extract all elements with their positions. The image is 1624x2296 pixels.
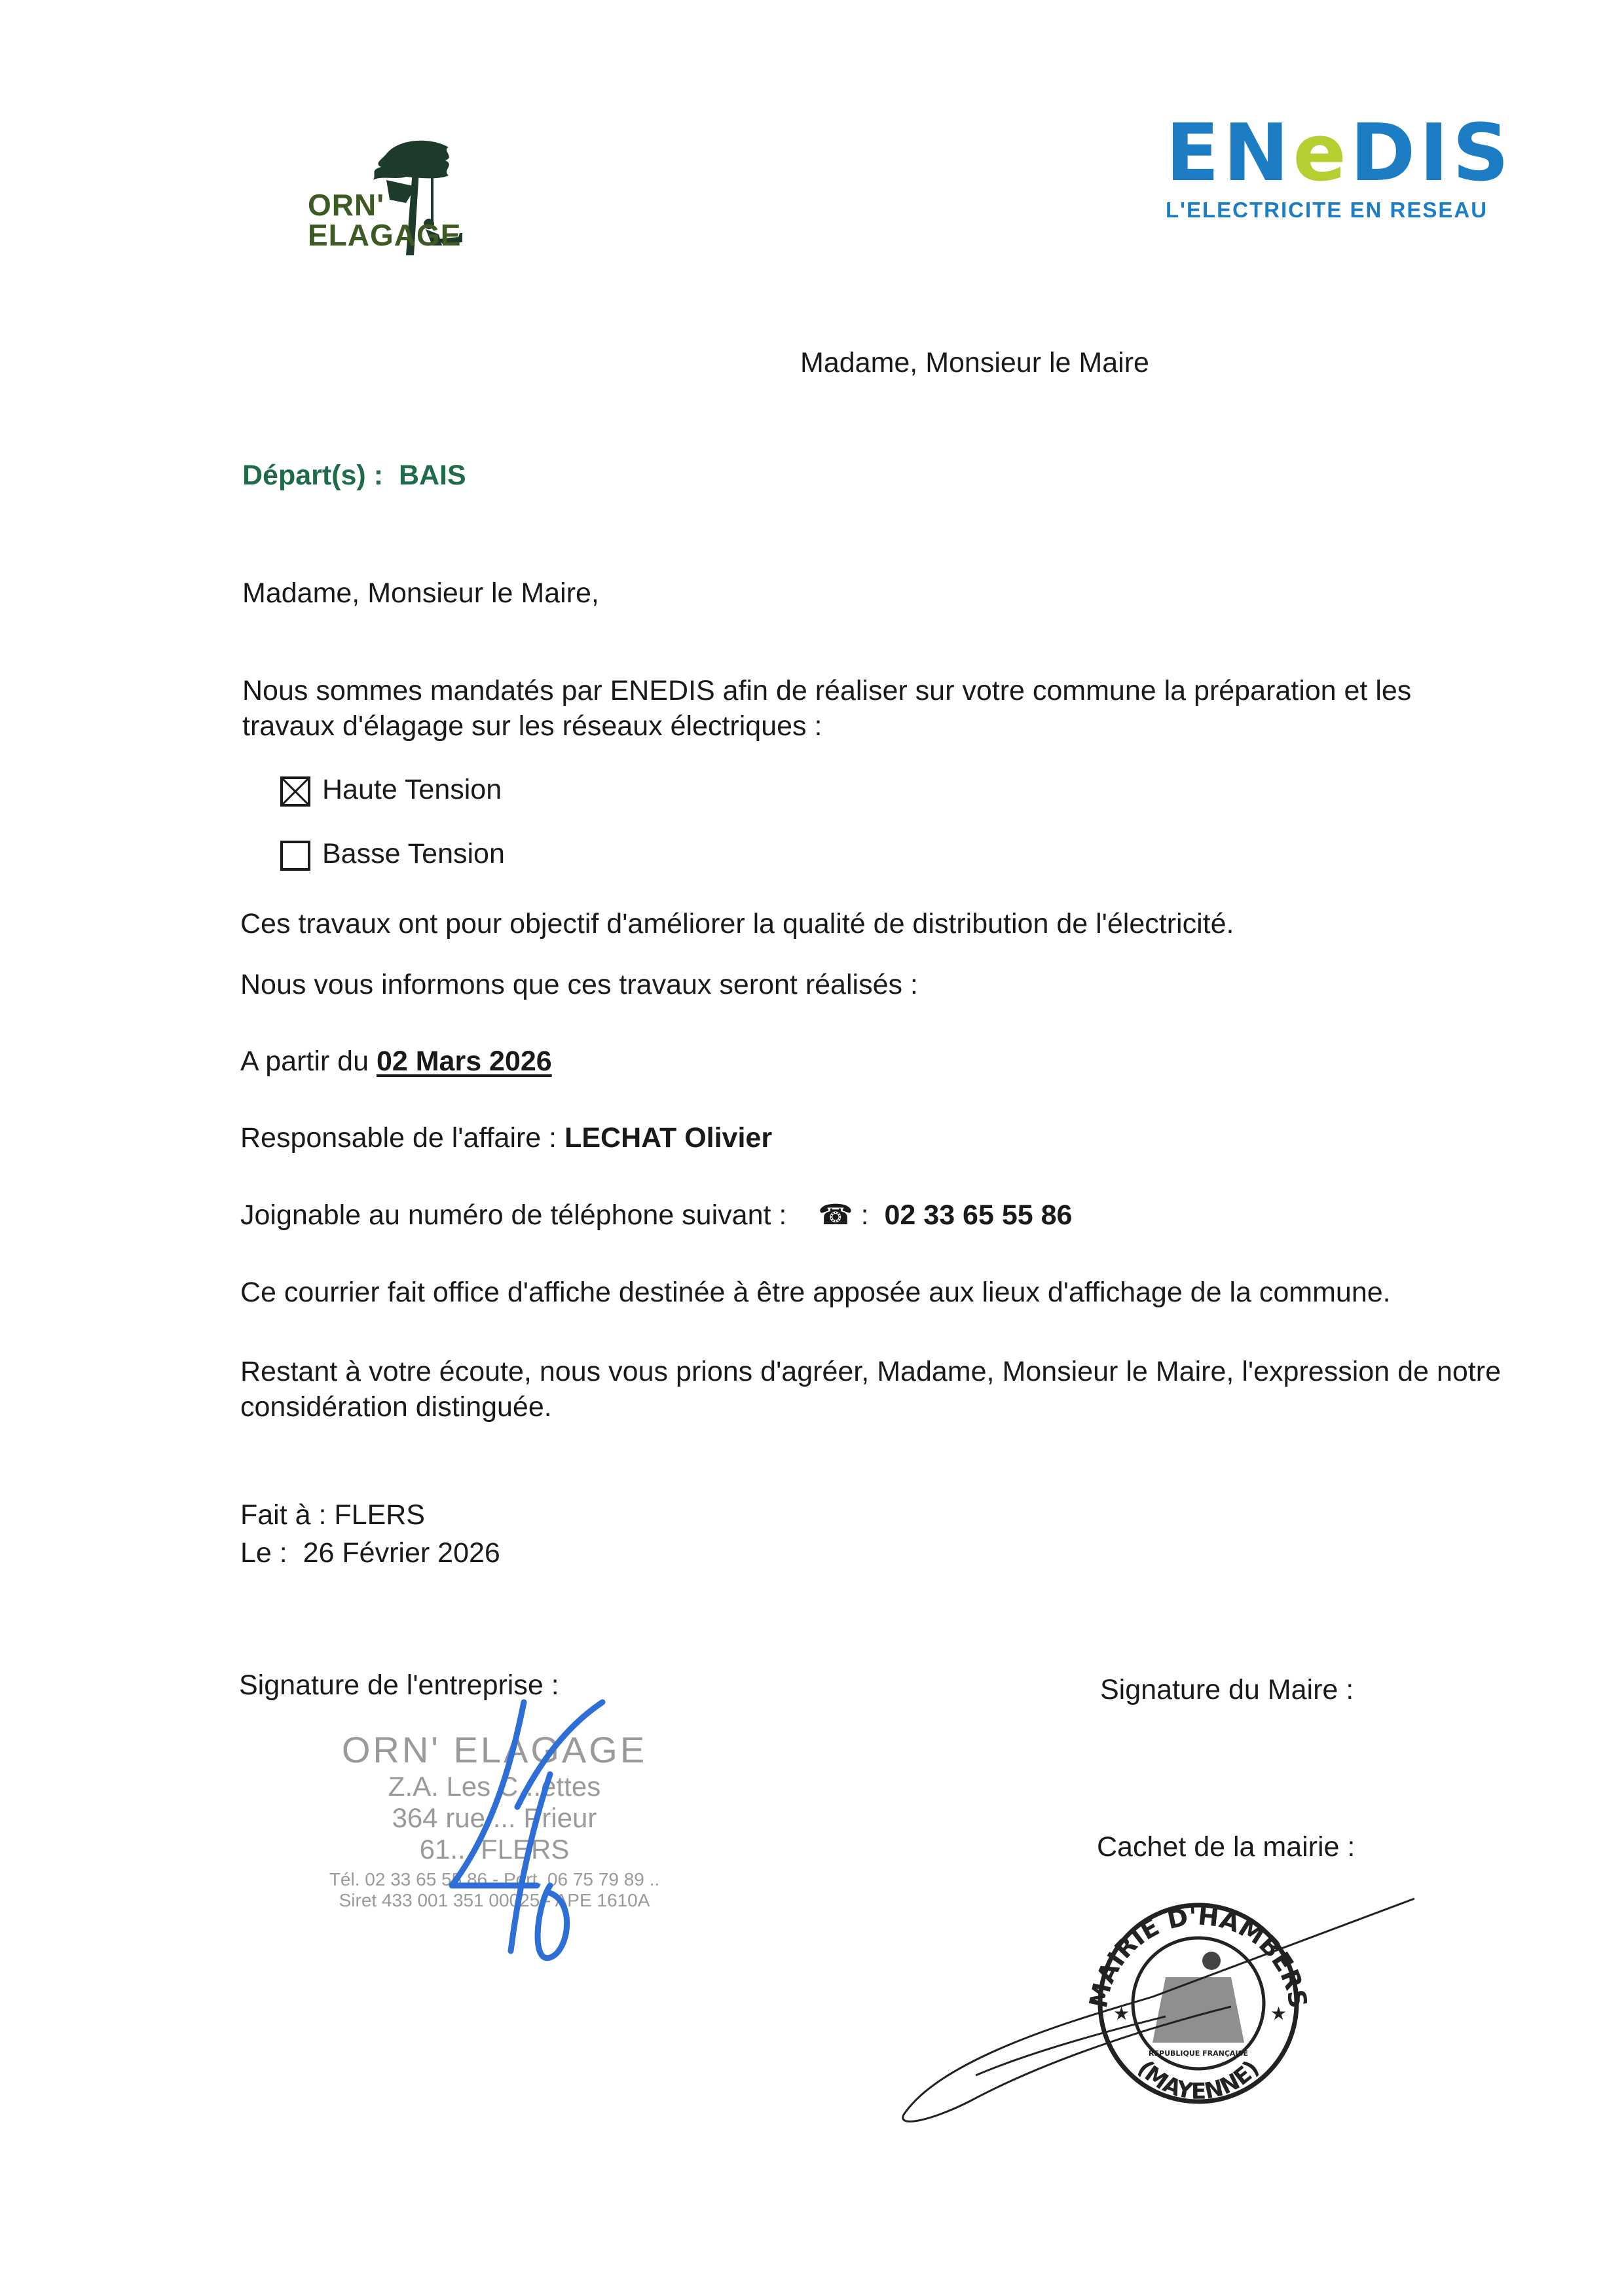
orn-logo-text: ORN' ELAGAGE xyxy=(308,190,461,250)
phone-number: 02 33 65 55 86 xyxy=(885,1199,1073,1231)
place-label: Fait à : xyxy=(240,1499,326,1531)
start-date-line: A partir du 02 Mars 2026 xyxy=(240,1044,552,1080)
svg-text:REPUBLIQUE FRANÇAISE: REPUBLIQUE FRANÇAISE xyxy=(1149,2049,1248,2058)
checkbox-basse-tension[interactable] xyxy=(280,841,310,871)
manager-line: Responsable de l'affaire : LECHAT Olivie… xyxy=(240,1121,772,1156)
salutation: Madame, Monsieur le Maire, xyxy=(242,576,599,611)
poster-note: Ce courrier fait office d'affiche destin… xyxy=(240,1275,1391,1311)
svg-text:(MAYENNE): (MAYENNE) xyxy=(1132,2056,1264,2105)
inform-text: Nous vous informons que ces travaux sero… xyxy=(240,968,918,1003)
date-line: Le : 26 Février 2026 xyxy=(240,1536,500,1571)
option-basse-tension[interactable]: Basse Tension xyxy=(280,837,505,872)
depart-label: Départ(s) : xyxy=(242,460,383,491)
enedis-wordmark: ENeDIS xyxy=(1166,118,1493,190)
objective-text: Ces travaux ont pour objectif d'améliore… xyxy=(240,907,1234,942)
start-label: A partir du xyxy=(240,1046,369,1077)
depart-line: Départ(s) : BAIS xyxy=(242,458,466,494)
closing-paragraph: Restant à votre écoute, nous vous prions… xyxy=(240,1354,1501,1425)
mairie-stamp: MAIRIE D'HAMBERS (MAYENNE) REPUBLIQUE FR… xyxy=(891,1859,1414,2134)
company-handwritten-signature xyxy=(419,1689,629,1964)
manager-name: LECHAT Olivier xyxy=(564,1122,772,1154)
date-label: Le : xyxy=(240,1537,287,1569)
enedis-tagline: L'ELECTRICITE EN RESEAU xyxy=(1166,198,1493,223)
checkbox-haute-tension[interactable] xyxy=(280,776,310,807)
phone-line: Joignable au numéro de téléphone suivant… xyxy=(240,1198,1072,1233)
phone-separator: : xyxy=(861,1199,869,1231)
intro-paragraph: Nous sommes mandatés par ENEDIS afin de … xyxy=(242,673,1500,744)
option-label: Haute Tension xyxy=(322,774,502,805)
start-date: 02 Mars 2026 xyxy=(377,1046,552,1077)
manager-label: Responsable de l'affaire : xyxy=(240,1122,557,1154)
option-label: Basse Tension xyxy=(322,838,505,869)
phone-label: Joignable au numéro de téléphone suivant… xyxy=(240,1199,786,1231)
mayor-signature-label: Signature du Maire : xyxy=(1100,1673,1354,1708)
place-value: FLERS xyxy=(334,1499,425,1531)
depart-value: BAIS xyxy=(399,460,466,491)
svg-text:★: ★ xyxy=(1270,2003,1287,2024)
date-value: 26 Février 2026 xyxy=(303,1537,500,1569)
recipient: Madame, Monsieur le Maire xyxy=(800,346,1149,381)
telephone-icon: ☎ xyxy=(818,1199,853,1231)
place-line: Fait à : FLERS xyxy=(240,1498,425,1533)
enedis-logo: ENeDIS L'ELECTRICITE EN RESEAU xyxy=(1166,118,1493,223)
option-haute-tension[interactable]: Haute Tension xyxy=(280,773,502,808)
orn-elagage-logo: ORN' ELAGAGE xyxy=(308,118,478,262)
checked-cross-icon xyxy=(283,779,308,804)
